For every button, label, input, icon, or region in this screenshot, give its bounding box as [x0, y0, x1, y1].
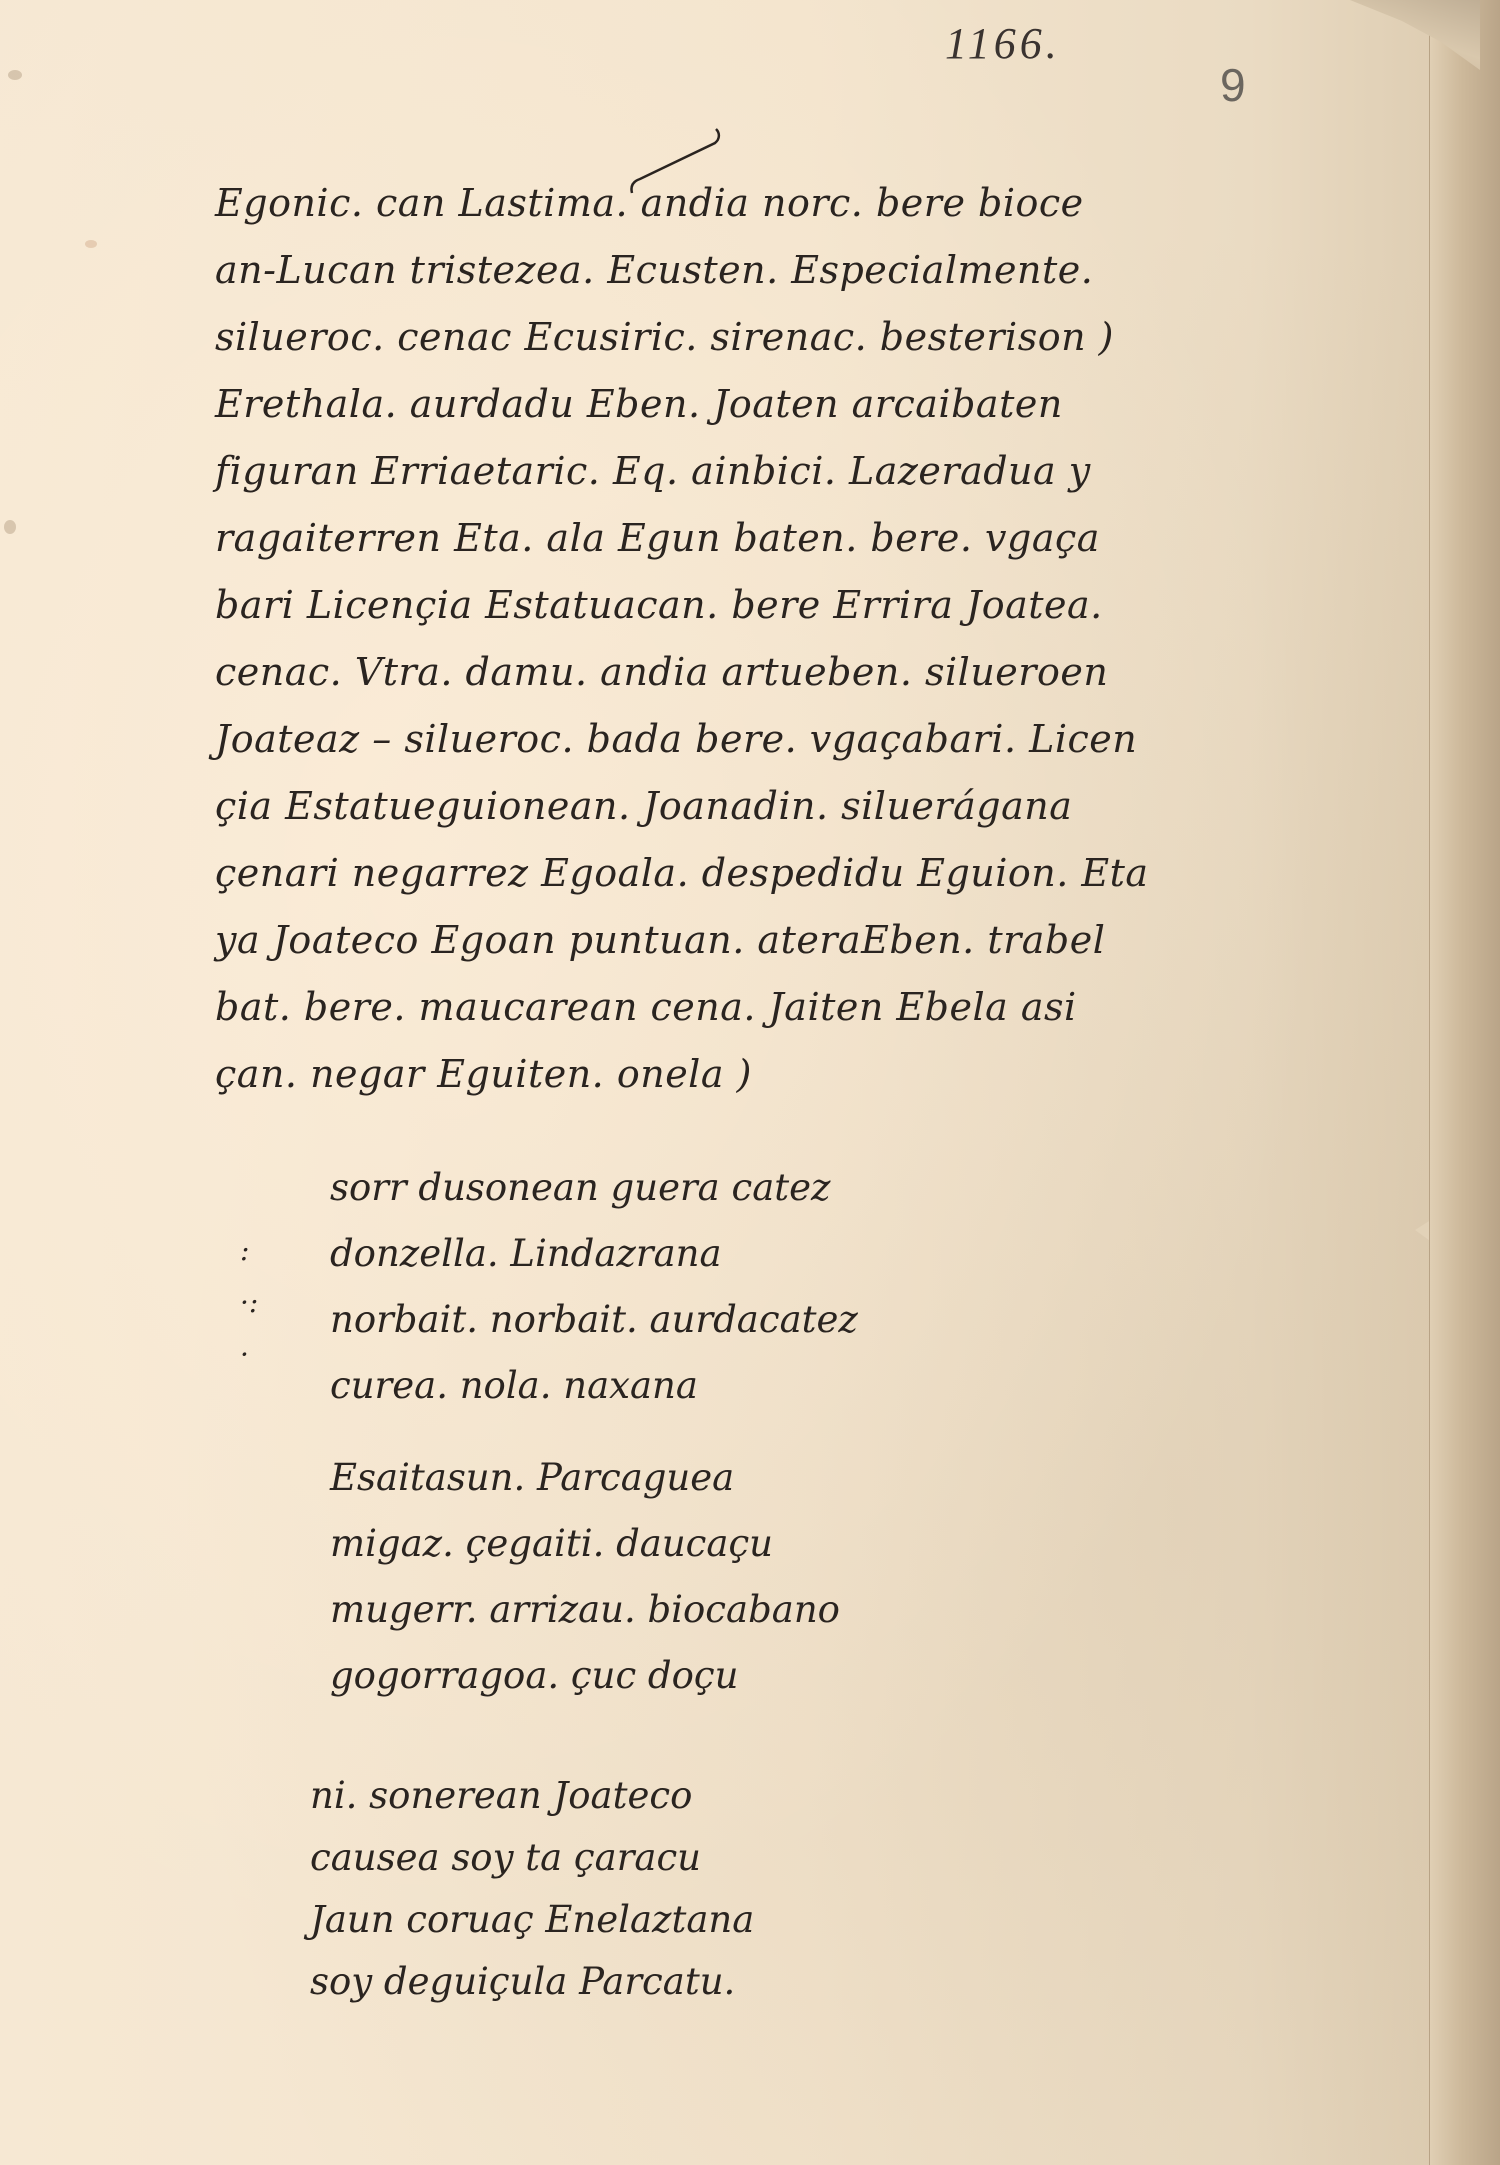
prose-line: an-Lucan tristezea. Ecusten. Especialmen… [215, 237, 1305, 304]
verse-line: sorr dusonean guera catez [330, 1155, 1030, 1221]
ink-blot [4, 520, 16, 534]
prose-line: ya Joateco Egoan puntuan. ateraEben. tra… [215, 907, 1305, 974]
margin-marks: : ·: · [240, 1225, 258, 1381]
prose-line: Joateaz – silueroc. bada bere. vgaçabari… [215, 706, 1305, 773]
page-edge [1429, 0, 1500, 2165]
prose-line: silueroc. cenac Ecusiric. sirenac. beste… [215, 304, 1305, 371]
prose-line: ragaiterren Eta. ala Egun baten. bere. v… [215, 505, 1305, 572]
prose-line: bari Licençia Estatuacan. bere Errira Jo… [215, 572, 1305, 639]
archive-number: 1166. [945, 18, 1061, 69]
verse-line: causea soy ta çaracu [310, 1827, 1010, 1889]
prose-line: cenac. Vtra. damu. andia artueben. silue… [215, 639, 1305, 706]
margin-mark: : [240, 1225, 258, 1277]
verse-line: mugerr. arrizau. biocabano [330, 1577, 1030, 1643]
margin-mark: ·: [240, 1277, 258, 1329]
prose-line: figuran Erriaetaric. Eq. ainbici. Lazera… [215, 438, 1305, 505]
prose-line: bat. bere. maucarean cena. Jaiten Ebela … [215, 974, 1305, 1041]
prose-line: çia Estatueguionean. Joanadin. siluerága… [215, 773, 1305, 840]
verse-stanza-3: ni. sonerean Joateco causea soy ta çarac… [310, 1765, 1010, 2013]
prose-line: Egonic. can Lastima. andia norc. bere bi… [215, 170, 1305, 237]
prose-line: çenari negarrez Egoala. despedidu Eguion… [215, 840, 1305, 907]
verse-line: curea. nola. naxana [330, 1353, 1030, 1419]
verse-line: donzella. Lindazrana [330, 1221, 1030, 1287]
verse-stanza-1: sorr dusonean guera catez donzella. Lind… [330, 1155, 1030, 1419]
manuscript-page: 1166. 9 Egonic. can Lastima. andia norc.… [0, 0, 1470, 2165]
prose-line: çan. negar Eguiten. onela ) [215, 1041, 1305, 1108]
verse-line: gogorragoa. çuc doçu [330, 1643, 1030, 1709]
paper-spot [85, 240, 97, 248]
margin-mark: · [240, 1329, 258, 1381]
ink-blot [8, 70, 22, 80]
verse-line: soy deguiçula Parcatu. [310, 1951, 1010, 2013]
verse-line: migaz. çegaiti. daucaçu [330, 1511, 1030, 1577]
verse-line: norbait. norbait. aurdacatez [330, 1287, 1030, 1353]
verse-line: Esaitasun. Parcaguea [330, 1445, 1030, 1511]
folio-number: 9 [1220, 58, 1246, 112]
verse-stanza-2: Esaitasun. Parcaguea migaz. çegaiti. dau… [330, 1445, 1030, 1709]
prose-block: Egonic. can Lastima. andia norc. bere bi… [215, 170, 1305, 1108]
prose-line: Erethala. aurdadu Eben. Joaten arcaibate… [215, 371, 1305, 438]
verse-line: ni. sonerean Joateco [310, 1765, 1010, 1827]
verse-line: Jaun coruaç Enelaztana [310, 1889, 1010, 1951]
